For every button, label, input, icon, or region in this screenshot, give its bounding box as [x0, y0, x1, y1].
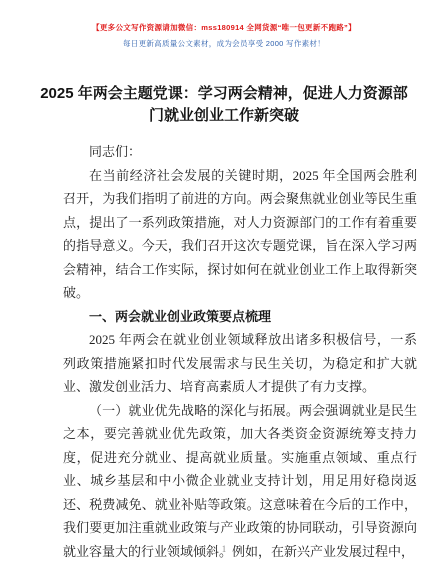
paragraph-intro: 在当前经济社会发展的关键时期，2025 年全国两会胜利召开，为我们指明了前进的方… [63, 164, 417, 305]
paragraph-subsection-1: （一）就业优先战略的深化与拓展。两会强调就业是民生之本，要完善就业优先政策，加大… [63, 399, 417, 564]
document-body: 同志们： 在当前经济社会发展的关键时期，2025 年全国两会胜利召开，为我们指明… [0, 140, 448, 563]
watermark-banner: 【更多公文写作资源请加微信：mss180914 全网货源“唯一包更新不跑路”】 … [0, 0, 448, 49]
paragraph-salutation: 同志们： [63, 140, 417, 164]
document-page: 【更多公文写作资源请加微信：mss180914 全网货源“唯一包更新不跑路”】 … [0, 0, 448, 580]
page-number: 1 [0, 544, 448, 554]
paragraph-section-overview: 2025 年两会在就业创业领域释放出诸多积极信号，一系列政策措施紧扣时代发展需求… [63, 328, 417, 399]
section-heading-1: 一、两会就业创业政策要点梳理 [63, 305, 417, 329]
watermark-line-blue: 每日更新高质量公文素材，成为会员享受 2000 写作素材！ [0, 38, 448, 49]
document-title: 2025 年两会主题党课：学习两会精神，促进人力资源部门就业创业工作新突破 [40, 83, 408, 127]
watermark-line-red: 【更多公文写作资源请加微信：mss180914 全网货源“唯一包更新不跑路”】 [0, 22, 448, 33]
